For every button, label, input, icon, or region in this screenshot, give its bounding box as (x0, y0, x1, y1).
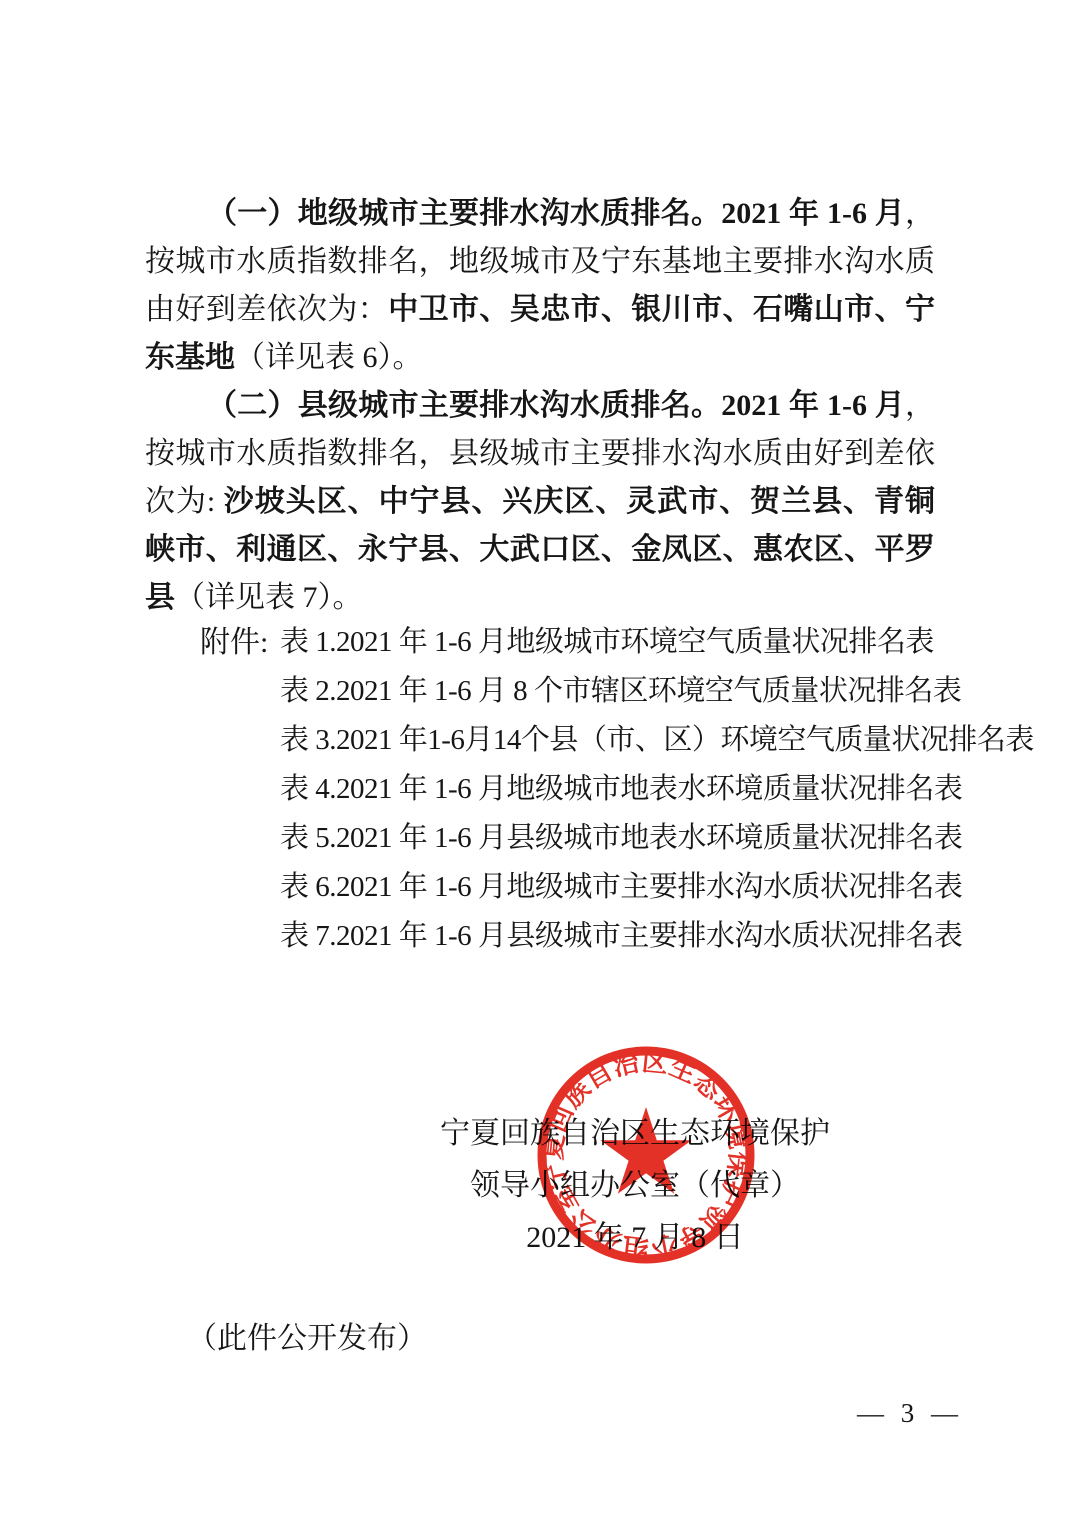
attachment-item: 表 1.2021 年 1-6 月地级城市环境空气质量状况排名表 (280, 618, 1060, 667)
paragraph-segment: （详见表 6）。 (235, 341, 423, 374)
attachment-item: 表 7.2021 年 1-6 月县级城市主要排水沟水质状况排名表 (280, 912, 1060, 961)
paragraph-segment-bold: （一）地级城市主要排水沟水质排名。2021 年 1-6 月 (207, 197, 905, 230)
public-release-note: （此件公开发布） (187, 1315, 427, 1363)
attachment-item: 表 3.2021 年1-6月14个县（市、区）环境空气质量状况排名表 (280, 716, 1060, 765)
page-number: — 3 — (845, 1398, 975, 1429)
paragraph: （二）县级城市主要排水沟水质排名。2021 年 1-6 月，按城市水质指数排名，… (145, 382, 935, 622)
attachment-item: 表 4.2021 年 1-6 月地级城市地表水环境质量状况排名表 (280, 765, 1060, 814)
attachment-item: 表 2.2021 年 1-6 月 8 个市辖区环境空气质量状况排名表 (280, 667, 1060, 716)
attachment-item: 表 5.2021 年 1-6 月县级城市地表水环境质量状况排名表 (280, 814, 1060, 863)
official-seal-stamp: 宁夏回族自治区生态环境保护领导小组办公室 (530, 1039, 762, 1271)
paragraph-segment: （详见表 7）。 (175, 581, 363, 614)
attachment-item: 表 6.2021 年 1-6 月地级城市主要排水沟水质状况排名表 (280, 863, 1060, 912)
attachments-list: 表 1.2021 年 1-6 月地级城市环境空气质量状况排名表表 2.2021 … (280, 618, 1060, 961)
red-star-icon (600, 1107, 691, 1194)
document-body: （一）地级城市主要排水沟水质排名。2021 年 1-6 月，按城市水质指数排名，… (145, 190, 935, 622)
paragraph-segment-bold: （二）县级城市主要排水沟水质排名。2021 年 1-6 月 (207, 389, 905, 422)
paragraph: （一）地级城市主要排水沟水质排名。2021 年 1-6 月，按城市水质指数排名，… (145, 190, 935, 382)
document-page: （一）地级城市主要排水沟水质排名。2021 年 1-6 月，按城市水质指数排名，… (0, 0, 1075, 1520)
attachments-label: 附件: (200, 618, 268, 667)
